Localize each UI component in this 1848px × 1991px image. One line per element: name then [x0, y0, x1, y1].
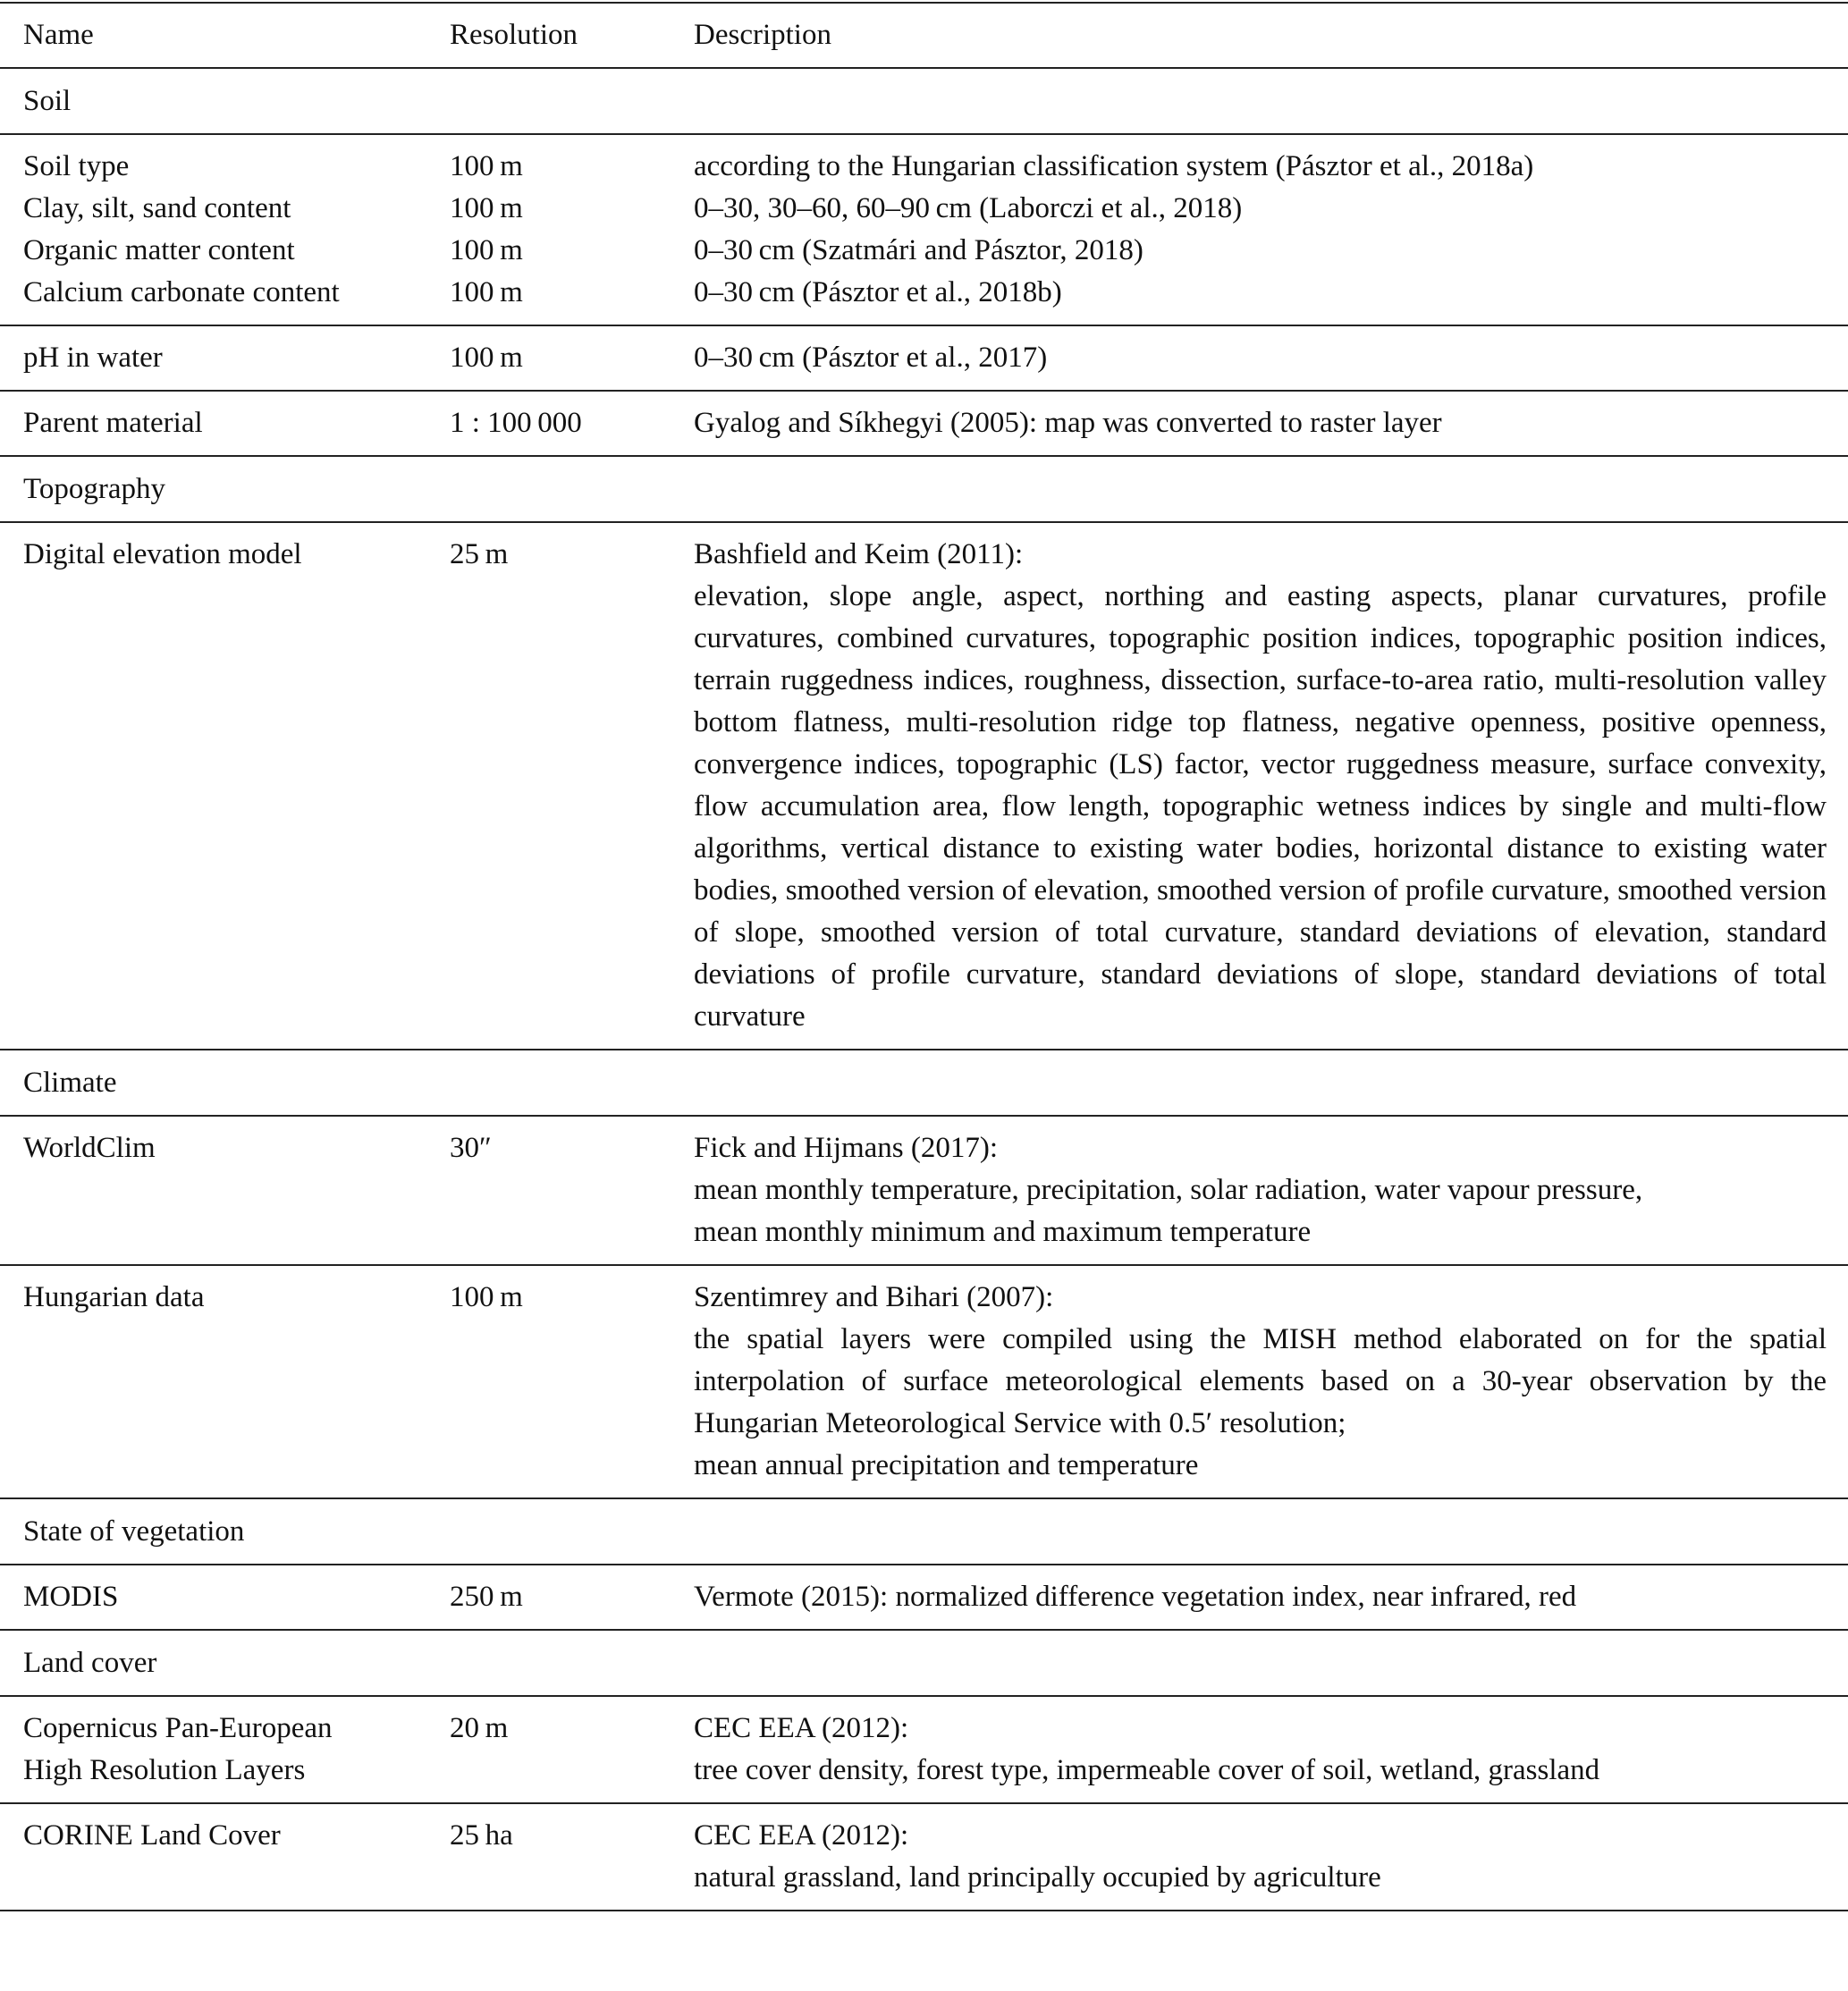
table-header-row: Name Resolution Description: [0, 3, 1848, 68]
row-resolution: 25 ha: [450, 1803, 694, 1911]
row-description: Vermote (2015): normalized difference ve…: [694, 1565, 1848, 1630]
row-name: pH in water: [0, 325, 450, 391]
row-name: MODIS: [0, 1565, 450, 1630]
data-sources-table: Name Resolution Description Soil Soil ty…: [0, 2, 1848, 1911]
column-header-name: Name: [0, 3, 450, 68]
description-text: tree cover density, forest type, imperme…: [694, 1750, 1827, 1792]
group-title: Soil: [0, 68, 1848, 134]
row-name: Calcium carbonate content: [0, 272, 450, 325]
row-resolution: 30″: [450, 1116, 694, 1265]
row-description: Fick and Hijmans (2017): mean monthly te…: [694, 1116, 1848, 1265]
row-description: 0–30 cm (Pásztor et al., 2018b): [694, 272, 1848, 325]
table-row: Copernicus Pan-European High Resolution …: [0, 1696, 1848, 1803]
row-resolution: 100 m: [450, 272, 694, 325]
group-title: Climate: [0, 1050, 1848, 1116]
description-text: the spatial layers were compiled using t…: [694, 1319, 1827, 1445]
description-text: natural grassland, land principally occu…: [694, 1857, 1827, 1899]
description-text: elevation, slope angle, aspect, northing…: [694, 576, 1827, 1038]
table-row: CORINE Land Cover 25 ha CEC EEA (2012): …: [0, 1803, 1848, 1911]
table-row: Parent material 1 : 100 000 Gyalog and S…: [0, 391, 1848, 456]
row-resolution: 100 m: [450, 325, 694, 391]
description-source: CEC EEA (2012):: [694, 1815, 1827, 1857]
row-description: according to the Hungarian classificatio…: [694, 134, 1848, 188]
row-description: Szentimrey and Bihari (2007): the spatia…: [694, 1265, 1848, 1498]
description-source: CEC EEA (2012):: [694, 1708, 1827, 1750]
row-name: Hungarian data: [0, 1265, 450, 1498]
table-row: Digital elevation model 25 m Bashfield a…: [0, 522, 1848, 1050]
row-description: CEC EEA (2012): tree cover density, fore…: [694, 1696, 1848, 1803]
row-name: Parent material: [0, 391, 450, 456]
row-resolution: 250 m: [450, 1565, 694, 1630]
group-row-land-cover: Land cover: [0, 1630, 1848, 1696]
row-description: Bashfield and Keim (2011): elevation, sl…: [694, 522, 1848, 1050]
row-name: CORINE Land Cover: [0, 1803, 450, 1911]
table-row: Organic matter content 100 m 0–30 cm (Sz…: [0, 230, 1848, 272]
row-resolution: 20 m: [450, 1696, 694, 1803]
description-source: Fick and Hijmans (2017):: [694, 1127, 1827, 1169]
table-row: Calcium carbonate content 100 m 0–30 cm …: [0, 272, 1848, 325]
group-title: Land cover: [0, 1630, 1848, 1696]
description-text: mean monthly temperature, precipitation,…: [694, 1169, 1827, 1211]
row-name: Digital elevation model: [0, 522, 450, 1050]
group-title: Topography: [0, 456, 1848, 522]
description-source: Szentimrey and Bihari (2007):: [694, 1277, 1827, 1319]
table-row: MODIS 250 m Vermote (2015): normalized d…: [0, 1565, 1848, 1630]
row-resolution: 100 m: [450, 1265, 694, 1498]
table-row: Clay, silt, sand content 100 m 0–30, 30–…: [0, 188, 1848, 230]
row-name: Soil type: [0, 134, 450, 188]
table-row: pH in water 100 m 0–30 cm (Pásztor et al…: [0, 325, 1848, 391]
row-name: Organic matter content: [0, 230, 450, 272]
description-source: Bashfield and Keim (2011):: [694, 534, 1827, 576]
row-description: 0–30 cm (Pásztor et al., 2017): [694, 325, 1848, 391]
row-name: Copernicus Pan-European High Resolution …: [0, 1696, 450, 1803]
group-row-soil: Soil: [0, 68, 1848, 134]
row-resolution: 100 m: [450, 188, 694, 230]
table-row: Soil type 100 m according to the Hungari…: [0, 134, 1848, 188]
row-description: CEC EEA (2012): natural grassland, land …: [694, 1803, 1848, 1911]
description-text: mean monthly minimum and maximum tempera…: [694, 1211, 1827, 1253]
row-resolution: 1 : 100 000: [450, 391, 694, 456]
group-row-state-of-vegetation: State of vegetation: [0, 1498, 1848, 1565]
table-row: Hungarian data 100 m Szentimrey and Biha…: [0, 1265, 1848, 1498]
row-resolution: 100 m: [450, 134, 694, 188]
table-row: WorldClim 30″ Fick and Hijmans (2017): m…: [0, 1116, 1848, 1265]
description-text: mean annual precipitation and temperatur…: [694, 1445, 1827, 1487]
row-description: Gyalog and Síkhegyi (2005): map was conv…: [694, 391, 1848, 456]
row-name: Clay, silt, sand content: [0, 188, 450, 230]
row-description: 0–30 cm (Szatmári and Pásztor, 2018): [694, 230, 1848, 272]
group-title: State of vegetation: [0, 1498, 1848, 1565]
row-name: WorldClim: [0, 1116, 450, 1265]
group-row-topography: Topography: [0, 456, 1848, 522]
column-header-resolution: Resolution: [450, 3, 694, 68]
group-row-climate: Climate: [0, 1050, 1848, 1116]
row-resolution: 100 m: [450, 230, 694, 272]
row-description: 0–30, 30–60, 60–90 cm (Laborczi et al., …: [694, 188, 1848, 230]
row-resolution: 25 m: [450, 522, 694, 1050]
column-header-description: Description: [694, 3, 1848, 68]
